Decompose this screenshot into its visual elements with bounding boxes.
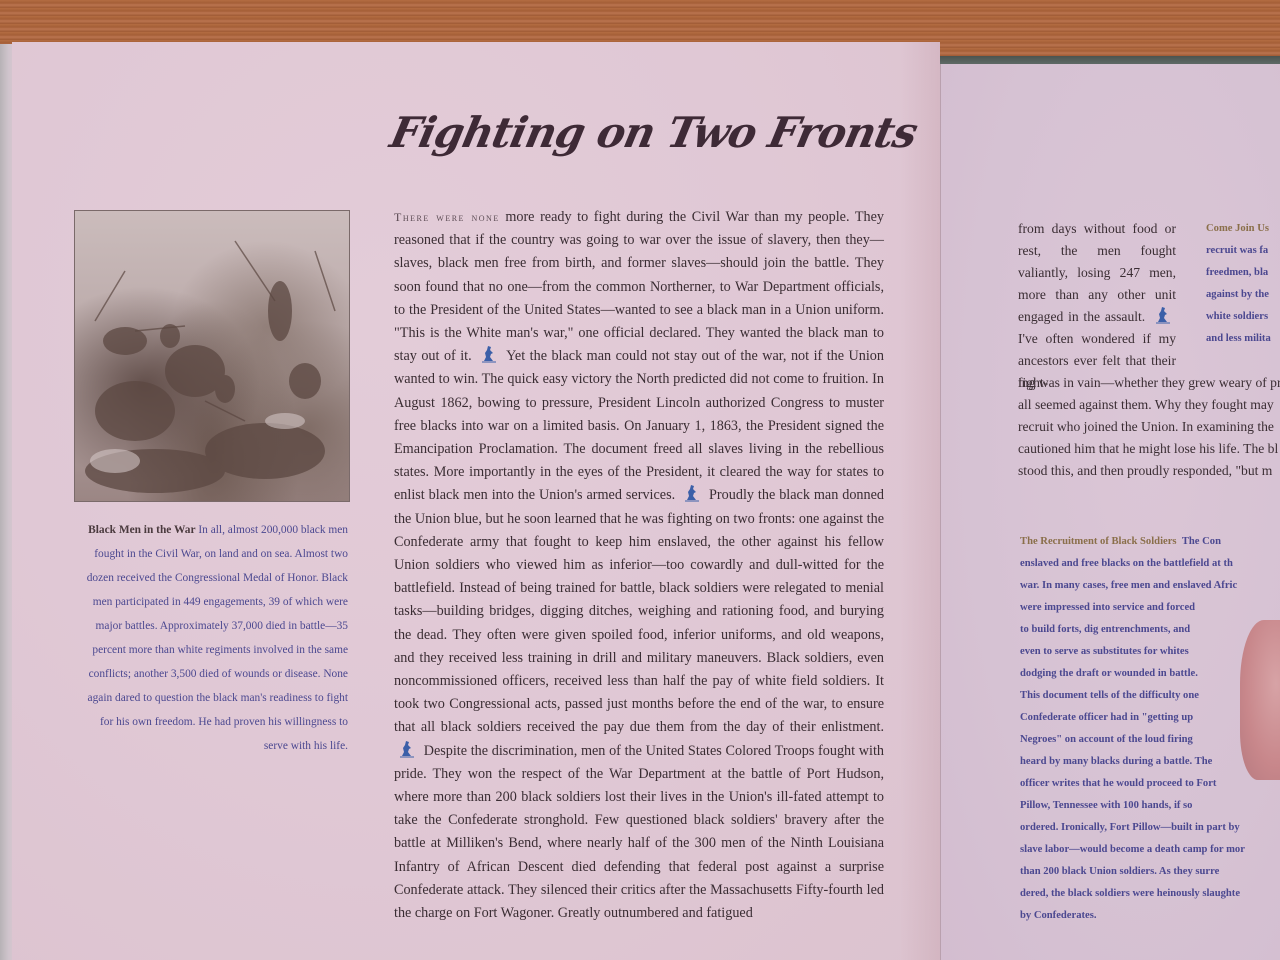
caption-lead-tail: The Con bbox=[1182, 536, 1221, 547]
soldier-ornament-icon bbox=[400, 740, 414, 758]
caption-line: ordered. Ironically, Fort Pillow—built i… bbox=[1020, 817, 1280, 839]
soldier-ornament-icon bbox=[482, 345, 496, 363]
caption-line: enslaved and free blacks on the battlefi… bbox=[1020, 553, 1280, 575]
book-cover-edge bbox=[940, 56, 1280, 64]
caption-line: were impressed into service and forced bbox=[1020, 597, 1280, 619]
soldier-ornament-icon bbox=[685, 484, 699, 502]
paragraph-4: Despite the discrimination, men of the U… bbox=[394, 743, 884, 921]
paragraph-3: Proudly the black man donned the Union b… bbox=[394, 487, 884, 735]
recruitment-caption: The Recruitment of Black Soldiers The Co… bbox=[1020, 531, 1280, 927]
text-line: stood this, and then proudly responded, … bbox=[1018, 460, 1280, 482]
caption-line: Confederate officer had in "getting up bbox=[1020, 707, 1280, 729]
opening-smallcaps: There were none bbox=[394, 210, 500, 224]
caption-line: even to serve as substitutes for whites bbox=[1020, 641, 1280, 663]
right-narrow-column: from days without food or rest, the men … bbox=[1018, 218, 1176, 394]
battle-scene-illustration bbox=[75, 211, 350, 502]
main-text-column: There were none more ready to fight duri… bbox=[394, 206, 884, 925]
caption-line: to build forts, dig entrenchments, and bbox=[1020, 619, 1280, 641]
caption-line: Negroes" on account of the loud firing bbox=[1020, 729, 1280, 751]
caption-line: slave labor—would become a death camp fo… bbox=[1020, 839, 1280, 861]
right-paragraph-1: from days without food or rest, the men … bbox=[1018, 221, 1176, 324]
text-line: recruit who joined the Union. In examini… bbox=[1018, 416, 1280, 438]
caption-line: Pillow, Tennessee with 100 hands, if so bbox=[1020, 795, 1280, 817]
caption-line: than 200 black Union soldiers. As they s… bbox=[1020, 861, 1280, 883]
caption-line: recruit was fa bbox=[1206, 240, 1280, 262]
caption-lead: The Recruitment of Black Soldiers bbox=[1020, 536, 1177, 547]
caption-line: against by the bbox=[1206, 284, 1280, 306]
caption-line: This document tells of the difficulty on… bbox=[1020, 685, 1280, 707]
caption-line: white soldiers bbox=[1206, 306, 1280, 328]
caption-lead: Black Men in the War bbox=[88, 524, 195, 536]
caption-line: heard by many blacks during a battle. Th… bbox=[1020, 751, 1280, 773]
caption-line: by Confederates. bbox=[1020, 905, 1280, 927]
paragraph-1: more ready to fight during the Civil War… bbox=[394, 209, 884, 364]
caption-text: In all, almost 200,000 black men fought … bbox=[87, 524, 348, 752]
caption-lead: Come Join Us bbox=[1206, 218, 1280, 240]
paragraph-2: Yet the black man could not stay out of … bbox=[394, 348, 884, 503]
text-line: all seemed against them. Why they fought… bbox=[1018, 394, 1280, 416]
page-title: Fighting on Two Fronts bbox=[384, 108, 897, 168]
battle-engraving-image bbox=[74, 210, 350, 502]
come-join-us-caption: Come Join Us recruit was fa freedmen, bl… bbox=[1206, 218, 1280, 350]
caption-line: war. In many cases, free men and enslave… bbox=[1020, 575, 1280, 597]
caption-line: dodging the draft or wounded in battle. bbox=[1020, 663, 1280, 685]
text-line: ing was in vain—whether they grew weary … bbox=[1018, 372, 1280, 394]
soldier-ornament-icon bbox=[1156, 306, 1170, 324]
caption-line: officer writes that he would proceed to … bbox=[1020, 773, 1280, 795]
caption-line: freedmen, bla bbox=[1206, 262, 1280, 284]
caption-line: dered, the black soldiers were heinously… bbox=[1020, 883, 1280, 905]
figure-caption: Black Men in the War In all, almost 200,… bbox=[84, 518, 348, 758]
caption-line: and less milita bbox=[1206, 328, 1280, 350]
text-line: cautioned him that he might lose his lif… bbox=[1018, 438, 1280, 460]
right-wide-text: ing was in vain—whether they grew weary … bbox=[1018, 372, 1280, 482]
